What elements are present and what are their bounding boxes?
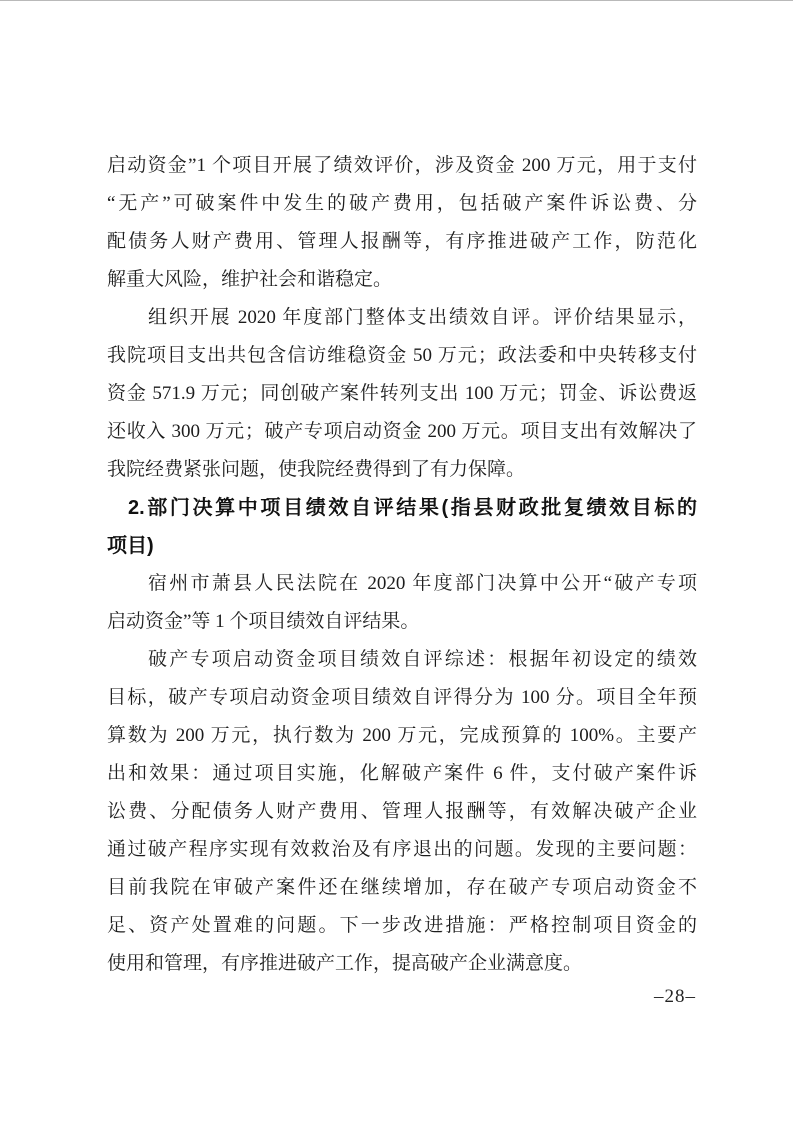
text-line: 出和效果：通过项目实施，化解破产案件 6 件，支付破产案件诉 <box>107 755 697 793</box>
document-page: 启动资金”1 个项目开展了绩效评价，涉及资金 200 万元，用于支付“无产”可破… <box>0 0 793 1122</box>
text-line: “无产”可破案件中发生的破产费用，包括破产案件诉讼费、分 <box>107 185 697 223</box>
section-heading-line: 项目) <box>107 527 697 565</box>
text-line: 解重大风险，维护社会和谐稳定。 <box>107 261 697 299</box>
text-line: 我院经费紧张问题，使我院经费得到了有力保障。 <box>107 451 697 489</box>
text-line: 资金 571.9 万元；同创破产案件转列支出 100 万元；罚金、诉讼费返 <box>107 375 697 413</box>
section-heading-line: 2.部门决算中项目绩效自评结果(指县财政批复绩效目标的 <box>107 489 697 527</box>
text-line: 使用和管理，有序推进破产工作，提高破产企业满意度。 <box>107 945 697 983</box>
text-line: 足、资产处置难的问题。下一步改进措施：严格控制项目资金的 <box>107 907 697 945</box>
text-line: 启动资金”1 个项目开展了绩效评价，涉及资金 200 万元，用于支付 <box>107 147 697 185</box>
page-number: –28– <box>654 986 696 1008</box>
text-line: 通过破产程序实现有效救治及有序退出的问题。发现的主要问题： <box>107 831 697 869</box>
scan-edge-line <box>0 0 793 1</box>
text-line: 组织开展 2020 年度部门整体支出绩效自评。评价结果显示， <box>107 299 697 337</box>
text-line: 我院项目支出共包含信访维稳资金 50 万元；政法委和中央转移支付 <box>107 337 697 375</box>
text-line: 破产专项启动资金项目绩效自评综述：根据年初设定的绩效 <box>107 641 697 679</box>
text-line: 配债务人财产费用、管理人报酬等，有序推进破产工作，防范化 <box>107 223 697 261</box>
text-line: 还收入 300 万元；破产专项启动资金 200 万元。项目支出有效解决了 <box>107 413 697 451</box>
text-line: 目前我院在审破产案件还在继续增加，存在破产专项启动资金不 <box>107 869 697 907</box>
text-line: 讼费、分配债务人财产费用、管理人报酬等，有效解决破产企业 <box>107 793 697 831</box>
text-line: 启动资金”等 1 个项目绩效自评结果。 <box>107 603 697 641</box>
text-line: 目标，破产专项启动资金项目绩效自评得分为 100 分。项目全年预 <box>107 679 697 717</box>
text-line: 宿州市萧县人民法院在 2020 年度部门决算中公开“破产专项 <box>107 565 697 603</box>
text-line: 算数为 200 万元，执行数为 200 万元，完成预算的 100%。主要产 <box>107 717 697 755</box>
document-body: 启动资金”1 个项目开展了绩效评价，涉及资金 200 万元，用于支付“无产”可破… <box>107 147 697 983</box>
